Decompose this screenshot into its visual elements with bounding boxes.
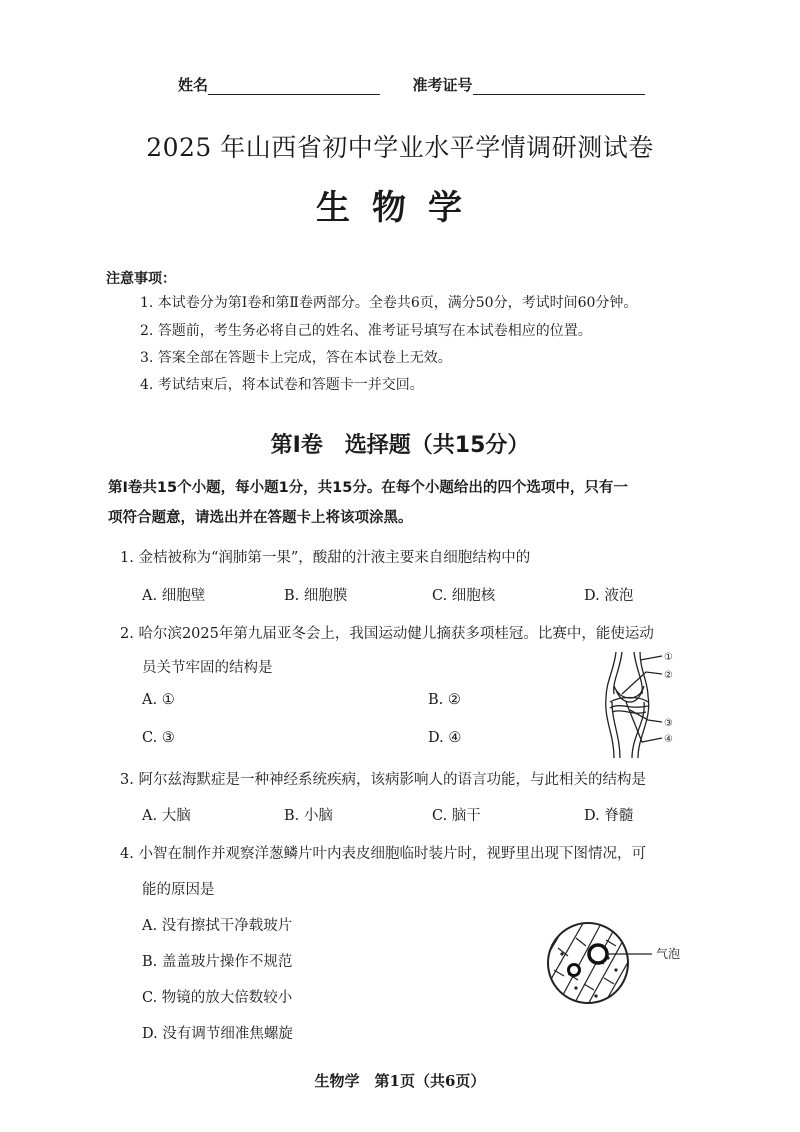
notice-item: 2. 答题前，考生务必将自己的姓名、准考证号填写在本试卷相应的位置。 xyxy=(140,320,592,340)
question-4-stem: 4. 小智在制作并观察洋葱鳞片叶内表皮细胞临时装片时，视野里出现下图情况，可 xyxy=(120,842,646,863)
question-2-stem: 2. 哈尔滨2025年第九届亚冬会上，我国运动健儿摘获多项桂冠。比赛中，能使运动 xyxy=(120,622,654,643)
exam-id-label: 准考证号 xyxy=(412,76,472,94)
onion-cells-bubble-diagram-icon: 气泡 xyxy=(546,918,696,1008)
label-4: ④ xyxy=(664,734,673,745)
q4-option-c[interactable]: C. 物镜的放大倍数较小 xyxy=(142,986,292,1007)
q1-option-a[interactable]: A. 细胞壁 xyxy=(142,584,205,605)
q2-option-b[interactable]: B. ② xyxy=(428,692,461,708)
notice-item: 1. 本试卷分为第Ⅰ卷和第Ⅱ卷两部分。全卷共6页，满分50分，考试时间60分钟。 xyxy=(140,292,637,312)
notice-title: 注意事项： xyxy=(106,268,176,288)
knee-joint-diagram-icon: ① ② ③ ④ xyxy=(600,650,690,760)
label-2: ② xyxy=(664,670,673,681)
label-3: ③ xyxy=(664,718,673,729)
q3-option-a[interactable]: A. 大脑 xyxy=(142,804,191,825)
exam-title: 2025 年山西省初中学业水平学情调研测试卷 xyxy=(0,128,800,164)
question-4-stem-cont: 能的原因是 xyxy=(142,878,215,899)
q1-option-d[interactable]: D. 液泡 xyxy=(584,584,633,605)
q2-option-c[interactable]: C. ③ xyxy=(142,730,175,746)
q1-option-b[interactable]: B. 细胞膜 xyxy=(284,584,347,605)
section-instructions-2: 项符合题意，请选出并在答题卡上将该项涂黑。 xyxy=(108,500,708,536)
question-2-stem-cont: 员关节牢固的结构是 xyxy=(142,656,273,677)
notice-item: 4. 考试结束后，将本试卷和答题卡一并交回。 xyxy=(140,374,424,394)
microscope-view-figure: 气泡 xyxy=(546,918,696,1008)
name-field[interactable] xyxy=(208,80,380,95)
q4-option-d[interactable]: D. 没有调节细准焦螺旋 xyxy=(142,1022,293,1043)
exam-header: 姓名 准考证号 xyxy=(178,74,645,95)
q3-option-c[interactable]: C. 脑干 xyxy=(432,804,481,825)
label-1: ① xyxy=(664,652,673,663)
bubble-label: 气泡 xyxy=(656,946,680,961)
name-label: 姓名 xyxy=(178,76,208,94)
q1-option-c[interactable]: C. 细胞核 xyxy=(432,584,495,605)
page-footer: 生物学 第1页（共6页） xyxy=(0,1070,800,1091)
knee-joint-figure: ① ② ③ ④ xyxy=(600,650,690,760)
notice-item: 3. 答案全部在答题卡上完成，答在本试卷上无效。 xyxy=(140,347,452,367)
q3-option-b[interactable]: B. 小脑 xyxy=(284,804,333,825)
question-3-stem: 3. 阿尔兹海默症是一种神经系统疾病，该病影响人的语言功能，与此相关的结构是 xyxy=(120,768,646,789)
question-1-stem: 1. 金桔被称为“润肺第一果”，酸甜的汁液主要来自细胞结构中的 xyxy=(120,546,530,567)
q4-option-a[interactable]: A. 没有擦拭干净载玻片 xyxy=(142,914,292,935)
exam-id-field[interactable] xyxy=(473,80,645,95)
q3-option-d[interactable]: D. 脊髓 xyxy=(584,804,633,825)
q2-option-a[interactable]: A. ① xyxy=(142,692,175,708)
subject-title: 生物学 xyxy=(0,180,800,229)
q2-option-d[interactable]: D. ④ xyxy=(428,730,461,746)
section-title: 第Ⅰ卷 选择题（共15分） xyxy=(0,428,800,459)
q4-option-b[interactable]: B. 盖盖玻片操作不规范 xyxy=(142,950,292,971)
